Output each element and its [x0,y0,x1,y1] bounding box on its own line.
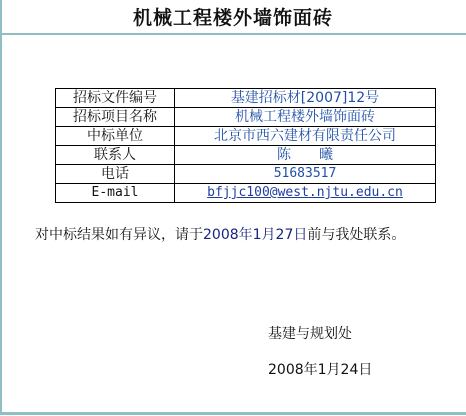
label-phone: 电话 [56,165,175,184]
value-email-cell: bfjjc100@west.njtu.edu.cn [175,184,436,203]
label-contact: 联系人 [56,146,175,165]
value-project-name: 机械工程楼外墙饰面砖 [175,108,436,127]
signature-date: 2008年1月24日 [268,359,372,379]
left-border-rule [0,0,2,414]
table-row-contact: 联系人 陈 曦 [56,146,436,165]
notice-deadline-date: 2008年1月27日 [203,227,307,243]
table-row-project-name: 招标项目名称 机械工程楼外墙饰面砖 [56,108,436,127]
signature-department: 基建与规划处 [268,323,352,343]
label-winning-bidder: 中标单位 [56,127,175,146]
value-winning-bidder: 北京市西六建材有限责任公司 [175,127,436,146]
table-row-document-number: 招标文件编号 基建招标材[2007]12号 [56,89,436,108]
email-link[interactable]: bfjjc100@west.njtu.edu.cn [207,185,403,200]
label-document-number: 招标文件编号 [56,89,175,108]
notice-suffix: 前与我处联系。 [307,227,405,243]
title-divider [0,33,466,35]
page-title: 机械工程楼外墙饰面砖 [0,3,466,30]
bottom-border-rule [0,412,466,415]
objection-notice: 对中标结果如有异议，请于2008年1月27日前与我处联系。 [35,224,405,244]
notice-prefix: 对中标结果如有异议，请于 [35,227,203,243]
value-phone: 51683517 [175,165,436,184]
label-project-name: 招标项目名称 [56,108,175,127]
label-email: E-mail [56,184,175,203]
table-row-winning-bidder: 中标单位 北京市西六建材有限责任公司 [56,127,436,146]
value-contact: 陈 曦 [175,146,436,165]
value-document-number: 基建招标材[2007]12号 [175,89,436,108]
table-row-phone: 电话 51683517 [56,165,436,184]
table-row-email: E-mail bfjjc100@west.njtu.edu.cn [56,184,436,203]
bid-info-table: 招标文件编号 基建招标材[2007]12号 招标项目名称 机械工程楼外墙饰面砖 … [55,88,436,203]
